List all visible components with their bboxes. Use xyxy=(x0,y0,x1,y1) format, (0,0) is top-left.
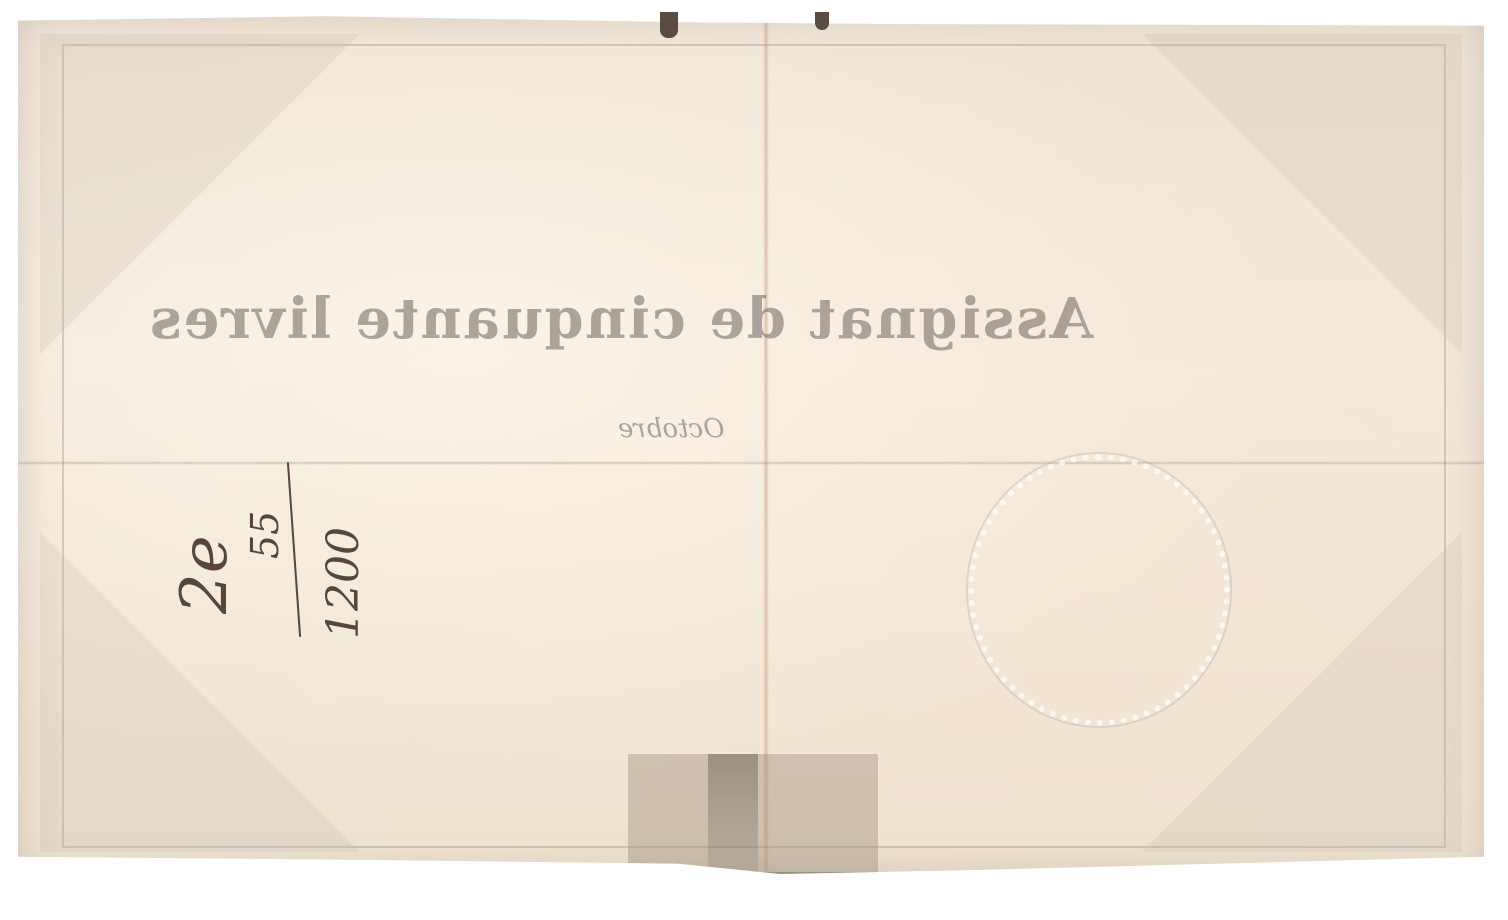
vertical-fold xyxy=(763,14,769,872)
printed-border xyxy=(62,44,1446,848)
handwritten-note-2: 55 xyxy=(243,511,287,559)
handwritten-note-3: 1200 xyxy=(318,527,369,639)
embossed-seal xyxy=(968,454,1230,726)
banknote: Assignat de cinquante livres Octobre 2e … xyxy=(18,12,1484,874)
show-through-main-text: Assignat de cinquante livres xyxy=(148,286,1093,352)
handwritten-note-1: 2e xyxy=(168,535,242,614)
edge-damage-2 xyxy=(815,12,829,30)
show-through-secondary-text: Octobre xyxy=(618,414,724,444)
horizontal-fold xyxy=(18,461,1484,465)
edge-damage-1 xyxy=(660,12,678,38)
dark-stain xyxy=(708,754,758,884)
